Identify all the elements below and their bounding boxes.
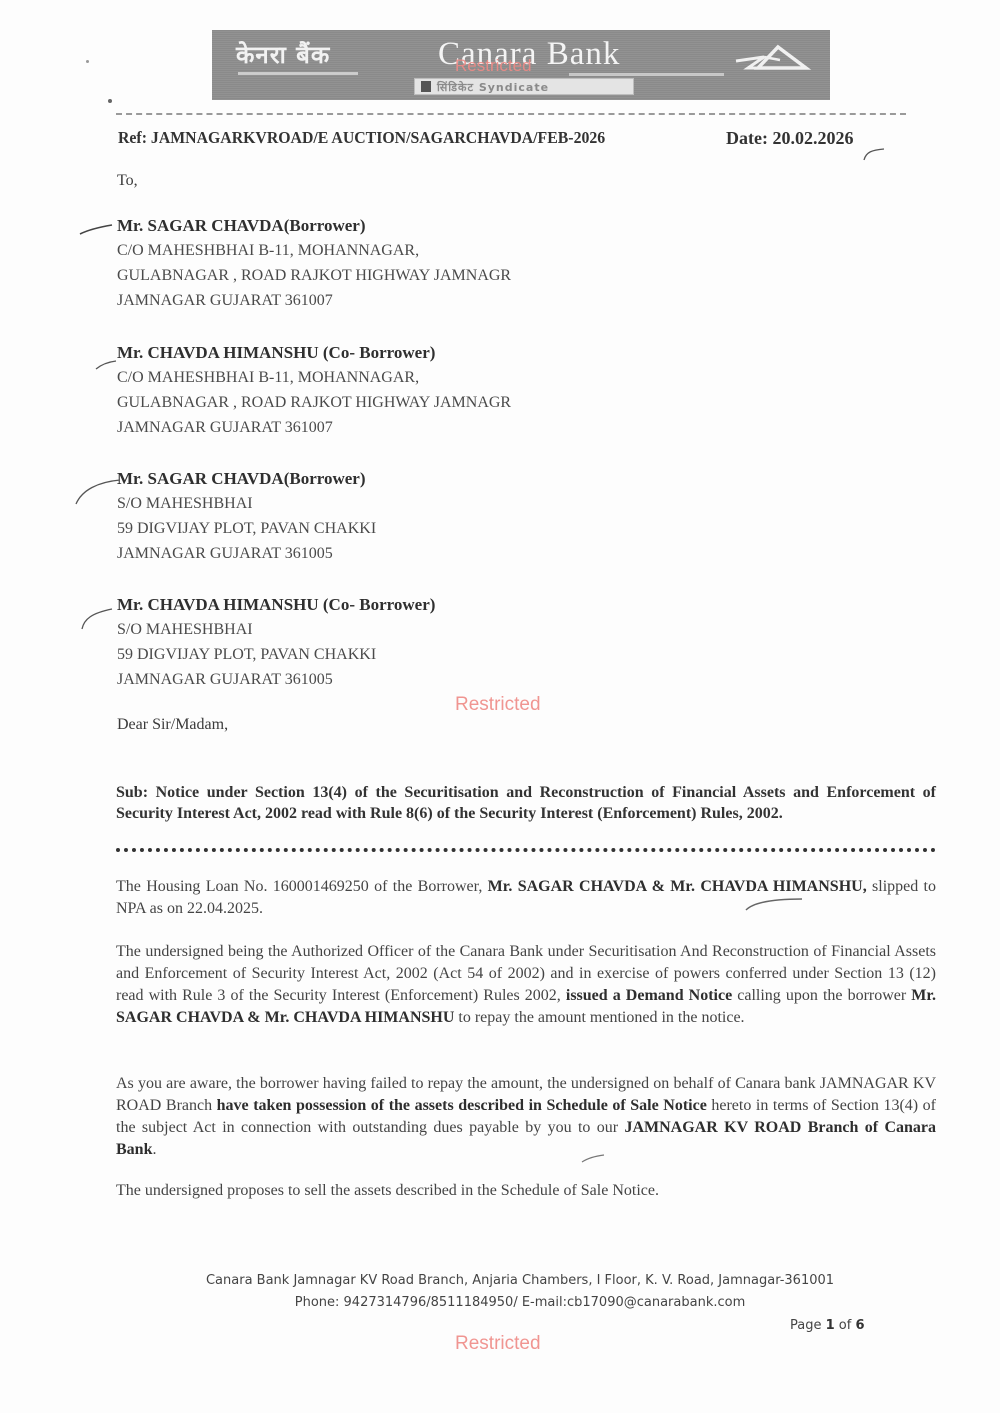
addressee-block: Mr. SAGAR CHAVDA(Borrower) S/O MAHESHBHA… (117, 466, 376, 566)
subject-line: Sub: Notice under Section 13(4) of the S… (116, 782, 936, 824)
pen-tick-icon (580, 1152, 606, 1164)
pen-tick-icon (744, 896, 804, 912)
restricted-watermark: Restricted (455, 1333, 541, 1355)
address-line: C/O MAHESHBHAI B-11, MOHANNAGAR, (117, 238, 511, 263)
address-line: JAMNAGAR GUJARAT 361007 (117, 288, 511, 313)
footer-contact: Phone: 9427314796/8511184950/ E-mail:cb1… (0, 1292, 1000, 1314)
paragraph-demand-notice: The undersigned being the Authorized Off… (116, 941, 936, 1029)
address-line: 59 DIGVIJAY PLOT, PAVAN CHAKKI (117, 642, 435, 667)
address-line: JAMNAGAR GUJARAT 361005 (117, 541, 376, 566)
scan-speck (108, 99, 112, 103)
address-line: S/O MAHESHBHAI (117, 491, 376, 516)
english-tagline (569, 73, 724, 76)
address-line: GULABNAGAR , ROAD RAJKOT HIGHWAY JAMNAGR (117, 263, 511, 288)
canara-logo-icon (734, 44, 814, 74)
scan-speck (86, 60, 89, 63)
reference-number: Ref: JAMNAGARKVROAD/E AUCTION/SAGARCHAVD… (118, 128, 605, 148)
paragraph-proposal: The undersigned proposes to sell the ass… (116, 1180, 936, 1202)
bank-letterhead: केनरा बैंक Canara Bank सिंडिकेट Syndicat… (212, 30, 830, 100)
pen-tick-icon (858, 144, 888, 162)
addressee-block: Mr. CHAVDA HIMANSHU (Co- Borrower) C/O M… (117, 340, 511, 440)
header-divider (116, 113, 906, 115)
hindi-tagline (238, 72, 358, 75)
address-line: GULABNAGAR , ROAD RAJKOT HIGHWAY JAMNAGR (117, 390, 511, 415)
bank-name-hindi: केनरा बैंक (236, 38, 330, 71)
syndicate-logo-icon (421, 81, 431, 92)
page-number: Page 1 of 6 (790, 1318, 865, 1333)
to-label: To, (117, 172, 138, 190)
salutation: Dear Sir/Madam, (117, 716, 228, 734)
addressee-name: Mr. SAGAR CHAVDA(Borrower) (117, 466, 376, 491)
letter-date: Date: 20.02.2026 (726, 128, 853, 149)
address-line: 59 DIGVIJAY PLOT, PAVAN CHAKKI (117, 516, 376, 541)
addressee-block: Mr. SAGAR CHAVDA(Borrower) C/O MAHESHBHA… (117, 213, 511, 313)
addressee-block: Mr. CHAVDA HIMANSHU (Co- Borrower) S/O M… (117, 592, 435, 692)
addressee-name: Mr. SAGAR CHAVDA(Borrower) (117, 213, 511, 238)
subject-divider (116, 848, 936, 852)
address-line: S/O MAHESHBHAI (117, 617, 435, 642)
pen-tick-icon (94, 357, 130, 371)
restricted-watermark: Restricted (455, 694, 541, 716)
addressee-name: Mr. CHAVDA HIMANSHU (Co- Borrower) (117, 340, 511, 365)
pen-tick-icon (78, 605, 114, 631)
footer-address: Canara Bank Jamnagar KV Road Branch, Anj… (0, 1270, 1000, 1292)
restricted-watermark: Restricted (455, 56, 532, 76)
syndicate-badge: सिंडिकेट Syndicate (414, 78, 634, 95)
paragraph-loan-npa: The Housing Loan No. 160001469250 of the… (116, 876, 936, 920)
address-line: JAMNAGAR GUJARAT 361005 (117, 667, 435, 692)
paragraph-possession: As you are aware, the borrower having fa… (116, 1073, 936, 1161)
addressee-name: Mr. CHAVDA HIMANSHU (Co- Borrower) (117, 592, 435, 617)
pen-tick-icon (78, 222, 114, 236)
pen-tick-icon (72, 476, 122, 506)
address-line: JAMNAGAR GUJARAT 361007 (117, 415, 511, 440)
address-line: C/O MAHESHBHAI B-11, MOHANNAGAR, (117, 365, 511, 390)
